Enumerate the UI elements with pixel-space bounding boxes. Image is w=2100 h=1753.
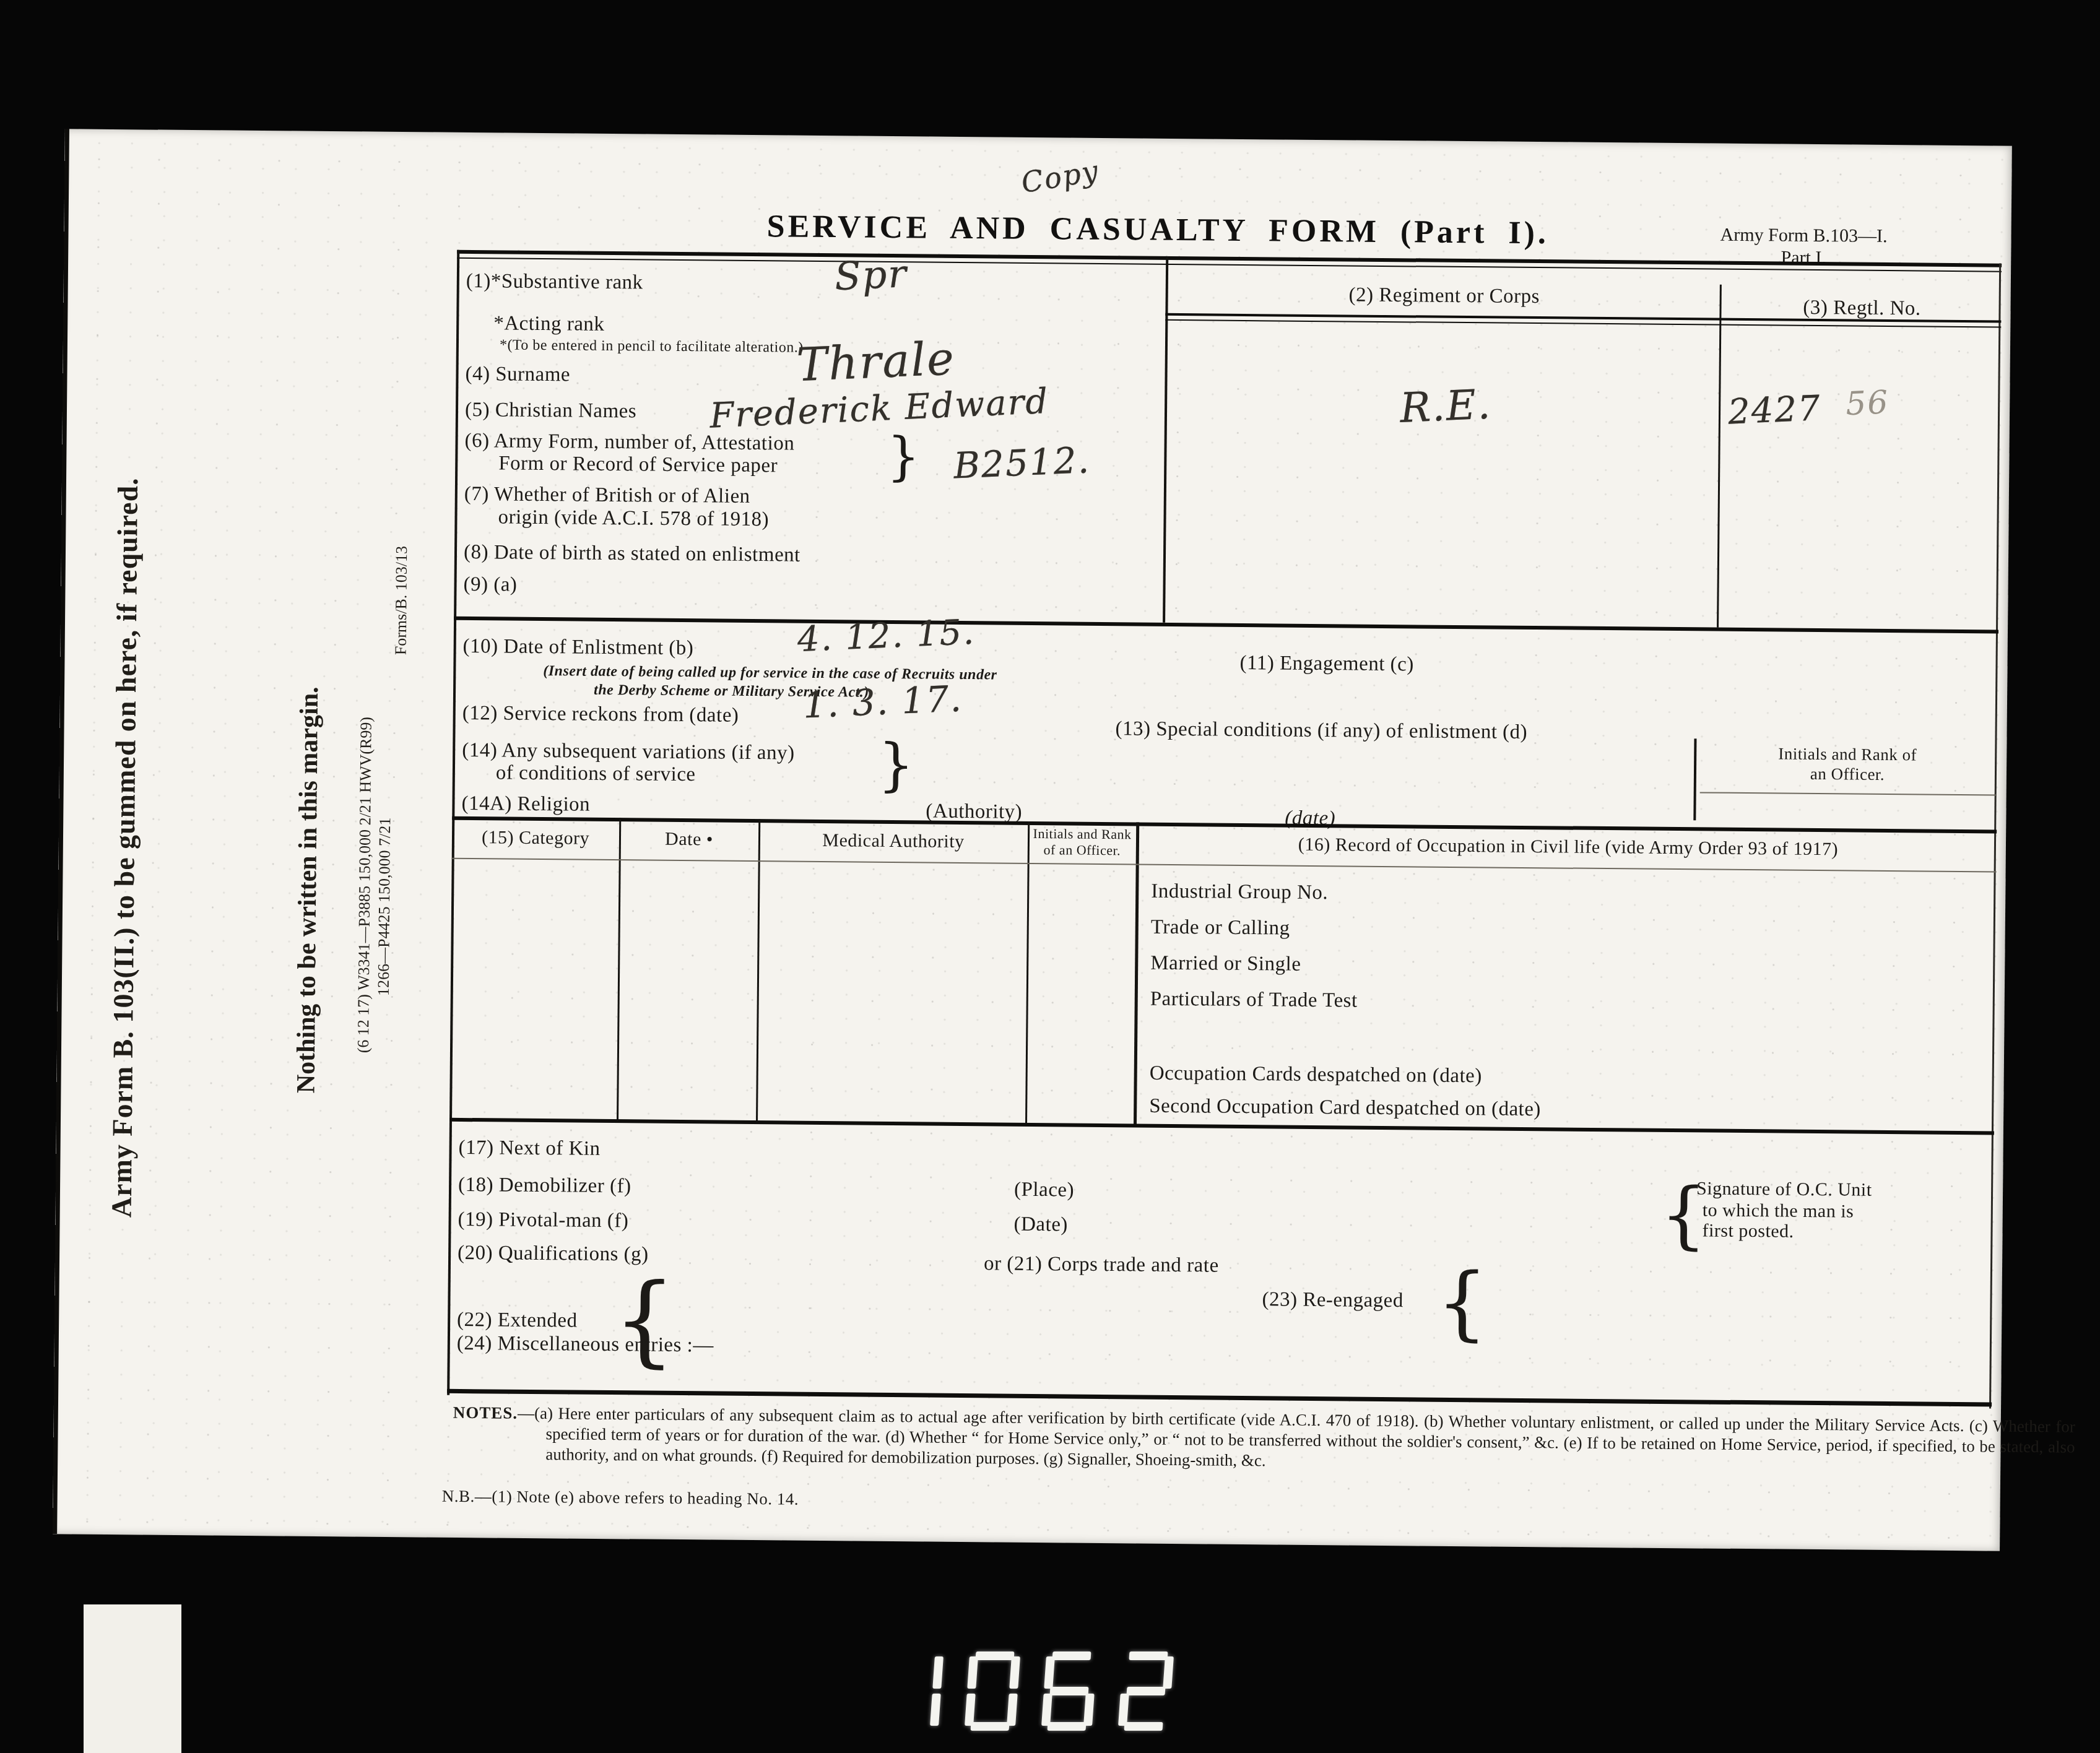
signature-line2: to which the man is	[1703, 1200, 1854, 1222]
field-22-brace: {	[612, 1262, 676, 1378]
field-17-label: (17) Next of Kin	[458, 1136, 600, 1161]
notes-label: NOTES.	[453, 1403, 518, 1422]
industrial-group-label: Industrial Group No.	[1151, 880, 1328, 904]
field-14-label-line1: (14) Any subsequent variations (if any)	[462, 739, 795, 765]
notes-body: —(a) Here enter particulars of any subse…	[518, 1404, 2075, 1470]
regtl-no-pencil-handwriting: 56	[1845, 384, 1890, 423]
table-divider-2	[756, 819, 760, 1122]
table-col-initials: Initials and Rankof an Officer.	[1030, 826, 1135, 859]
table-col-initials-line1: Initials and Rank	[1033, 826, 1132, 842]
occupation-cards-label: Occupation Cards despatched on (date)	[1150, 1062, 1482, 1088]
table-col-occupation-header: (16) Record of Occupation in Civil life …	[1141, 833, 1995, 862]
field-18-label: (18) Demobilizer (f)	[458, 1174, 631, 1198]
seg-digit-2	[1118, 1651, 1174, 1731]
form-reference-line1: Army Form B.103—I.	[1673, 223, 1933, 248]
field-5-label: (5) Christian Names	[465, 399, 636, 423]
field-24-label: (24) Miscellaneous entries :—	[457, 1332, 714, 1357]
seg-digit-0	[965, 1651, 1021, 1731]
place-label: (Place)	[1014, 1179, 1074, 1202]
margin-gum-note: Army Form B. 103(II.) to be gummed on he…	[105, 414, 149, 1281]
field-23-label: (23) Re-engaged	[1262, 1288, 1404, 1312]
margin-print-code-2: 1266—P4425 150,000 7/21	[374, 789, 394, 1024]
officer-box-left-line	[1693, 738, 1696, 820]
regtl-divider	[1717, 285, 1722, 628]
second-occupation-card-label: Second Occupation Card despatched on (da…	[1149, 1095, 1541, 1122]
field-9-label: (9) (a)	[463, 573, 517, 597]
field-7-label-line2: origin (vide A.C.I. 578 of 1918)	[498, 506, 769, 531]
table-col-medical: Medical Authority	[760, 829, 1026, 853]
field-4-label: (4) Surname	[465, 363, 570, 386]
field-6-brace: }	[887, 426, 920, 487]
table-col-date: Date •	[621, 828, 757, 851]
notes-paragraph: NOTES.—(a) Here enter particulars of any…	[453, 1403, 2075, 1478]
field-6-label-line2: Form or Record of Service paper	[498, 452, 778, 477]
table-divider-4	[1134, 822, 1139, 1125]
page-title: SERVICE AND CASUALTY FORM (Part I).	[766, 208, 1549, 251]
frame-right-line	[1989, 264, 2001, 1409]
form-page: Copy SERVICE AND CASUALTY FORM (Part I).…	[53, 129, 2012, 1551]
section1-divider	[1163, 256, 1168, 623]
field-1-label: (1)*Substantive rank	[466, 270, 643, 294]
field-23-brace: {	[1436, 1255, 1488, 1350]
field-21-label: or (21) Corps trade and rate	[984, 1252, 1219, 1277]
table-header-underline	[452, 858, 1997, 873]
christian-names-handwriting: Frederick Edward	[709, 381, 1050, 436]
field-12-label: (12) Service reckons from (date)	[462, 702, 739, 727]
section1-bottom-rule	[454, 617, 1998, 634]
signature-line3: first posted.	[1702, 1220, 1794, 1242]
field-13-label: (13) Special conditions (if any) of enli…	[1115, 717, 1527, 744]
pencil-note-label: *(To be entered in pencil to facilitate …	[500, 337, 804, 356]
margin-print-code-1: (6 12 17) W3341—P3885 150,000 2/21 HWV(R…	[354, 674, 376, 1095]
seg-digit-1	[888, 1651, 944, 1731]
officer-box-underline	[1700, 792, 1996, 795]
regtl-no-header: (3) Regtl. No.	[1725, 296, 1998, 321]
table-divider-1	[617, 818, 621, 1121]
field-6-label-line1: (6) Army Form, number of, Attestation	[464, 430, 794, 456]
margin-print-code-3: Forms/B. 103/13	[391, 483, 412, 718]
copy-annotation-handwriting: Copy	[1019, 154, 1102, 199]
surname-handwriting: Thrale	[796, 332, 956, 392]
married-or-single-label: Married or Single	[1150, 952, 1301, 976]
officer-box-line1: Initials and Rank of	[1700, 743, 1995, 765]
substantive-rank-handwriting: Spr	[833, 251, 908, 299]
field-14-brace: }	[878, 732, 914, 799]
field-22-label: (22) Extended	[457, 1309, 578, 1333]
table-bottom-rule	[449, 1118, 1994, 1135]
field-14-label-line2: of conditions of service	[496, 761, 696, 786]
attestation-no-handwriting: B2512.	[953, 439, 1091, 487]
field-7-label-line1: (7) Whether of British or of Alien	[464, 483, 750, 508]
regiment-value-handwriting: R.E.	[1399, 381, 1493, 432]
field-10-label: (10) Date of Enlistment (b)	[463, 635, 694, 660]
field-11-label: (11) Engagement (c)	[1239, 652, 1414, 676]
scanned-document-screen: { "header": { "copy_annotation": "Copy",…	[0, 0, 2100, 1753]
form-reference-line2: Part I.	[1673, 246, 1933, 271]
trade-test-label: Particulars of Trade Test	[1150, 988, 1358, 1013]
seg-digit-6	[1041, 1651, 1098, 1731]
regiment-header: (2) Regiment or Corps	[1240, 283, 1649, 309]
counter-display	[888, 1651, 1174, 1731]
notes-nb-line: N.B.—(1) Note (e) above refers to headin…	[442, 1487, 799, 1509]
acting-rank-label: *Acting rank	[493, 312, 605, 336]
officer-box-line2: an Officer.	[1700, 763, 1995, 785]
trade-or-calling-label: Trade or Calling	[1151, 916, 1290, 940]
field-14a-label: (14A) Religion	[461, 792, 590, 816]
scanner-calibration-patch	[84, 1604, 181, 1753]
regtl-no-ink-handwriting: 2427	[1727, 388, 1822, 433]
date-paren-label: (Date)	[1013, 1213, 1068, 1237]
table-divider-3	[1025, 821, 1030, 1125]
field-19-label: (19) Pivotal-man (f)	[458, 1208, 628, 1232]
table-col-category: (15) Category	[454, 827, 617, 849]
table-col-initials-line2: of an Officer.	[1044, 842, 1121, 858]
margin-write-note: Nothing to be written in this margin.	[291, 655, 328, 1125]
service-reckons-handwriting: 1. 3. 17.	[802, 677, 964, 726]
signature-line1: Signature of O.C. Unit	[1696, 1178, 1872, 1200]
field-8-label: (8) Date of birth as stated on enlistmen…	[464, 541, 801, 567]
enlistment-date-handwriting: 4. 12. 15.	[797, 612, 976, 660]
